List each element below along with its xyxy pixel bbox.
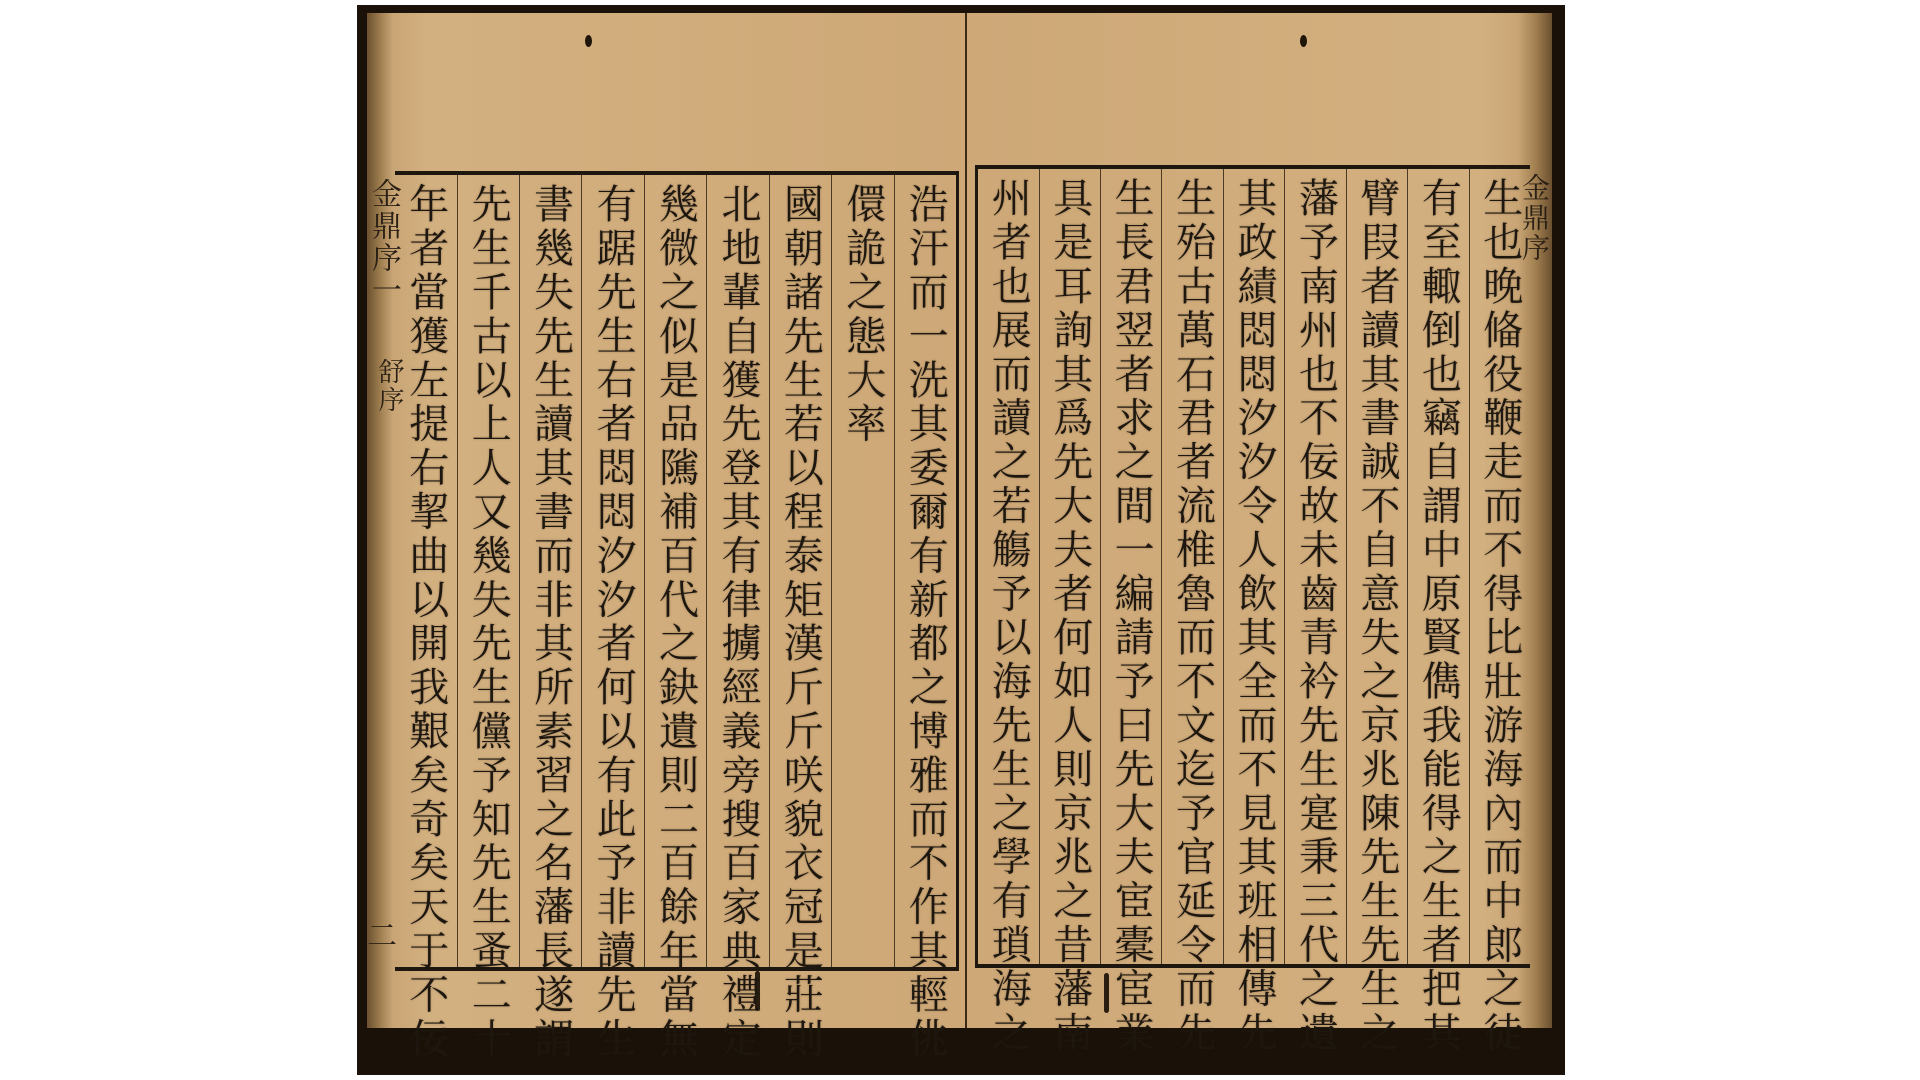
text-column: 有踞先生右者悶悶汐汐者何以有此予非讀先生 [581,175,643,967]
text-column: 藩予南州也不佞故未齒青衿先生寔秉三代之遺 [1284,169,1345,964]
text-column: 州者也展而讀之若觴予以海先生之學有瑣海之 [978,169,1038,964]
right-page: 金鼎序 生也晚偹役鞭走而不得比壯游海內而中郎之徒 有至輙倒也竊自謂中原賢儁我能得… [967,13,1552,1028]
book-spread: 金鼎序一 舒序 二 浩汗而一洗其委爾有新都之博雅而不作其輕佻 儇詭之態大率 國朝… [357,5,1565,1075]
text-column: 生殆古萬石君者流椎魯而不文迄予官延令而先 [1161,169,1222,964]
text-column: 國朝諸先生若以程泰矩漢斤斤咲貌衣冠是莊則 [769,175,831,967]
text-column: 北地輩自獲先登其有律擄經義旁搜百家典禮定 [706,175,768,967]
text-column: 浩汗而一洗其委爾有新都之博雅而不作其輕佻 [894,175,956,967]
text-column: 年者當獲左提右挈曲以開我艱矣奇矣天于不佞 [395,175,456,967]
text-column: 有至輙倒也竊自謂中原賢儁我能得之生者把其 [1407,169,1468,964]
text-column: 臂叚者讀其書誠不自意失之京兆陳先生先生之 [1346,169,1407,964]
page-number: 二 [367,911,397,955]
text-column: 具是耳詢其爲先大夫者何如人則京兆之昔藩南 [1039,169,1100,964]
text-column: 生長君翌者求之間一編請予曰先大夫宦橐宦業 [1100,169,1161,964]
text-column: 幾微之似是品隲補百代之鈌遺則二百餘年當無 [644,175,706,967]
right-text-frame: 生也晚偹役鞭走而不得比壯游海內而中郎之徒 有至輙倒也竊自謂中原賢儁我能得之生者把… [975,165,1530,968]
text-column: 其政績悶悶汐汐令人飲其全而不見其班相傳先 [1223,169,1284,964]
binding-hole [585,35,592,47]
text-column: 生也晚偹役鞭走而不得比壯游海內而中郎之徒 [1469,169,1530,964]
binding-hole [1300,35,1307,47]
left-page: 金鼎序一 舒序 二 浩汗而一洗其委爾有新都之博雅而不作其輕佻 儇詭之態大率 國朝… [367,13,967,1028]
text-column: 儇詭之態大率 [831,175,893,967]
text-column: 書幾失先生讀其書而非其所素習之名藩長遂謂 [519,175,581,967]
left-text-frame: 浩汗而一洗其委爾有新都之博雅而不作其輕佻 儇詭之態大率 國朝諸先生若以程泰矩漢斤… [395,171,959,971]
text-column: 先生千古以上人又幾失先生儻予知先生蚤二十 [457,175,519,967]
